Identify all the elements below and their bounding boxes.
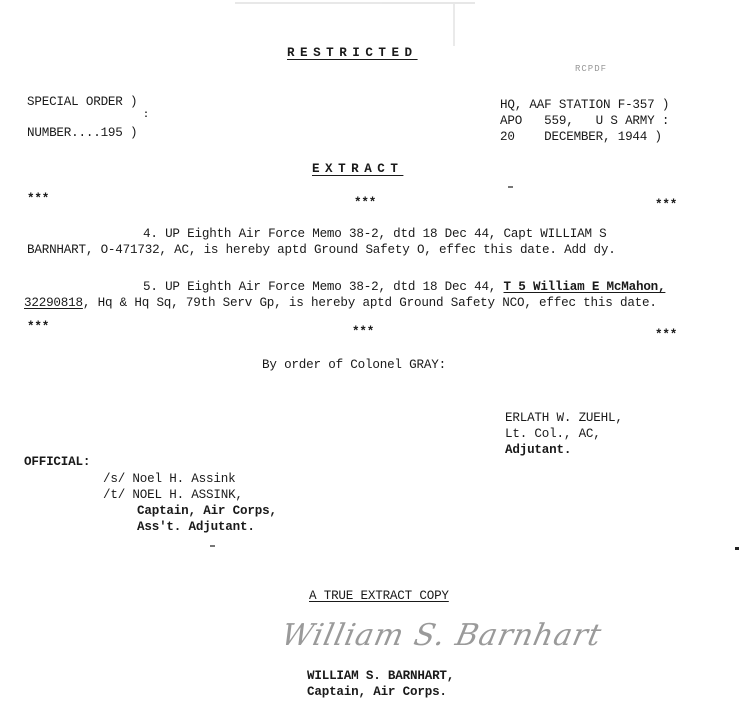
stray-mark — [210, 545, 215, 547]
official-rank: Captain, Air Corps, — [137, 504, 277, 519]
order-number-line: NUMBER....195 ) — [27, 126, 137, 141]
stray-dot — [735, 547, 739, 550]
faded-stamp-mark — [235, 2, 475, 44]
authority-line: By order of Colonel GRAY: — [262, 358, 446, 373]
special-order-line: SPECIAL ORDER ) — [27, 95, 137, 110]
hq-line-2: APO 559, U S ARMY : — [500, 114, 669, 129]
certifier-rank: Captain, Air Corps. — [307, 685, 447, 700]
separator-right-2: *** — [655, 328, 677, 343]
hq-date-line: 20 DECEMBER, 1944 ) — [500, 130, 662, 145]
true-copy-label: A TRUE EXTRACT COPY — [309, 589, 449, 604]
separator-center-2: *** — [352, 325, 374, 340]
stray-mark — [508, 186, 513, 188]
paragraph-4-line-1: 4. UP Eighth Air Force Memo 38-2, dtd 18… — [143, 227, 607, 242]
faint-stamp-text: RCPDF — [575, 64, 607, 74]
classification-heading: RESTRICTED — [287, 46, 418, 61]
signer-title: Adjutant. — [505, 443, 571, 458]
paragraph-5-text-rest: , Hq & Hq Sq, 79th Serv Gp, is hereby ap… — [83, 296, 657, 310]
handwritten-signature: William S. Barnhart — [278, 618, 605, 653]
order-colon: : — [143, 111, 149, 121]
separator-left: *** — [27, 192, 49, 207]
separator-center: *** — [354, 196, 376, 211]
paragraph-5-underlined-name: T 5 William E McMahon, — [504, 280, 666, 294]
certifier-name: WILLIAM S. BARNHART, — [307, 669, 454, 684]
signer-name: ERLATH W. ZUEHL, — [505, 411, 623, 426]
official-signed: /s/ Noel H. Assink — [103, 472, 235, 487]
paragraph-4-line-2: BARNHART, O-471732, AC, is hereby aptd G… — [27, 243, 616, 258]
service-number: 32290818 — [24, 296, 83, 310]
signer-rank: Lt. Col., AC, — [505, 427, 601, 442]
hq-line-1: HQ, AAF STATION F-357 ) — [500, 98, 669, 113]
official-title: Ass't. Adjutant. — [137, 520, 255, 535]
official-label: OFFICIAL: — [24, 455, 90, 470]
paragraph-5-line-2: 32290818, Hq & Hq Sq, 79th Serv Gp, is h… — [24, 296, 657, 311]
official-typed: /t/ NOEL H. ASSINK, — [103, 488, 243, 503]
paragraph-5-text: 5. UP Eighth Air Force Memo 38-2, dtd 18… — [143, 280, 504, 294]
paragraph-5-line-1: 5. UP Eighth Air Force Memo 38-2, dtd 18… — [143, 280, 665, 295]
separator-right: *** — [655, 198, 677, 213]
extract-title: EXTRACT — [312, 162, 403, 177]
separator-left-2: *** — [27, 320, 49, 335]
